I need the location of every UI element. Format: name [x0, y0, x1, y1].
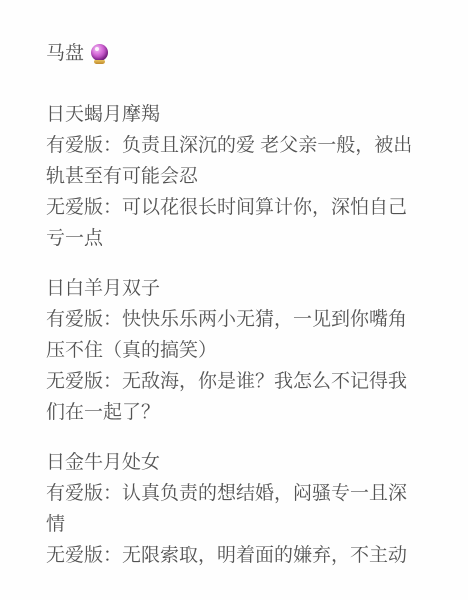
- section-sign-title: 日白羊月双子: [46, 273, 422, 304]
- section-loveless-line: 无爱版：无限索取，明着面的嫌弃，不主动: [46, 540, 422, 571]
- post-page: 马盘 日天蝎月摩羯 有爱版：负责且深沉的爱 老父亲一般，被出轨甚至有可能会忍 无…: [0, 0, 468, 600]
- post-content: 马盘 日天蝎月摩羯 有爱版：负责且深沉的爱 老父亲一般，被出轨甚至有可能会忍 无…: [0, 0, 468, 571]
- section-aries-gemini: 日白羊月双子 有爱版：快快乐乐两小无猜，一见到你嘴角压不住（真的搞笑） 无爱版：…: [46, 273, 422, 428]
- post-title-row: 马盘: [46, 38, 422, 69]
- section-sign-title: 日金牛月处女: [46, 447, 422, 478]
- section-loving-line: 有爱版：认真负责的想结婚，闷骚专一且深情: [46, 478, 422, 540]
- section-loveless-line: 无爱版：无敌海，你是谁？我怎么不记得我们在一起了？: [46, 366, 422, 428]
- post-title: 马盘: [46, 38, 84, 69]
- section-loving-line: 有爱版：快快乐乐两小无猜，一见到你嘴角压不住（真的搞笑）: [46, 304, 422, 366]
- section-sign-title: 日天蝎月摩羯: [46, 99, 422, 130]
- crystal-ball-icon: [90, 44, 109, 64]
- section-scorpio-capricorn: 日天蝎月摩羯 有爱版：负责且深沉的爱 老父亲一般，被出轨甚至有可能会忍 无爱版：…: [46, 99, 422, 254]
- section-loveless-line: 无爱版：可以花很长时间算计你，深怕自己亏一点: [46, 192, 422, 254]
- section-taurus-virgo: 日金牛月处女 有爱版：认真负责的想结婚，闷骚专一且深情 无爱版：无限索取，明着面…: [46, 447, 422, 571]
- section-loving-line: 有爱版：负责且深沉的爱 老父亲一般，被出轨甚至有可能会忍: [46, 130, 422, 192]
